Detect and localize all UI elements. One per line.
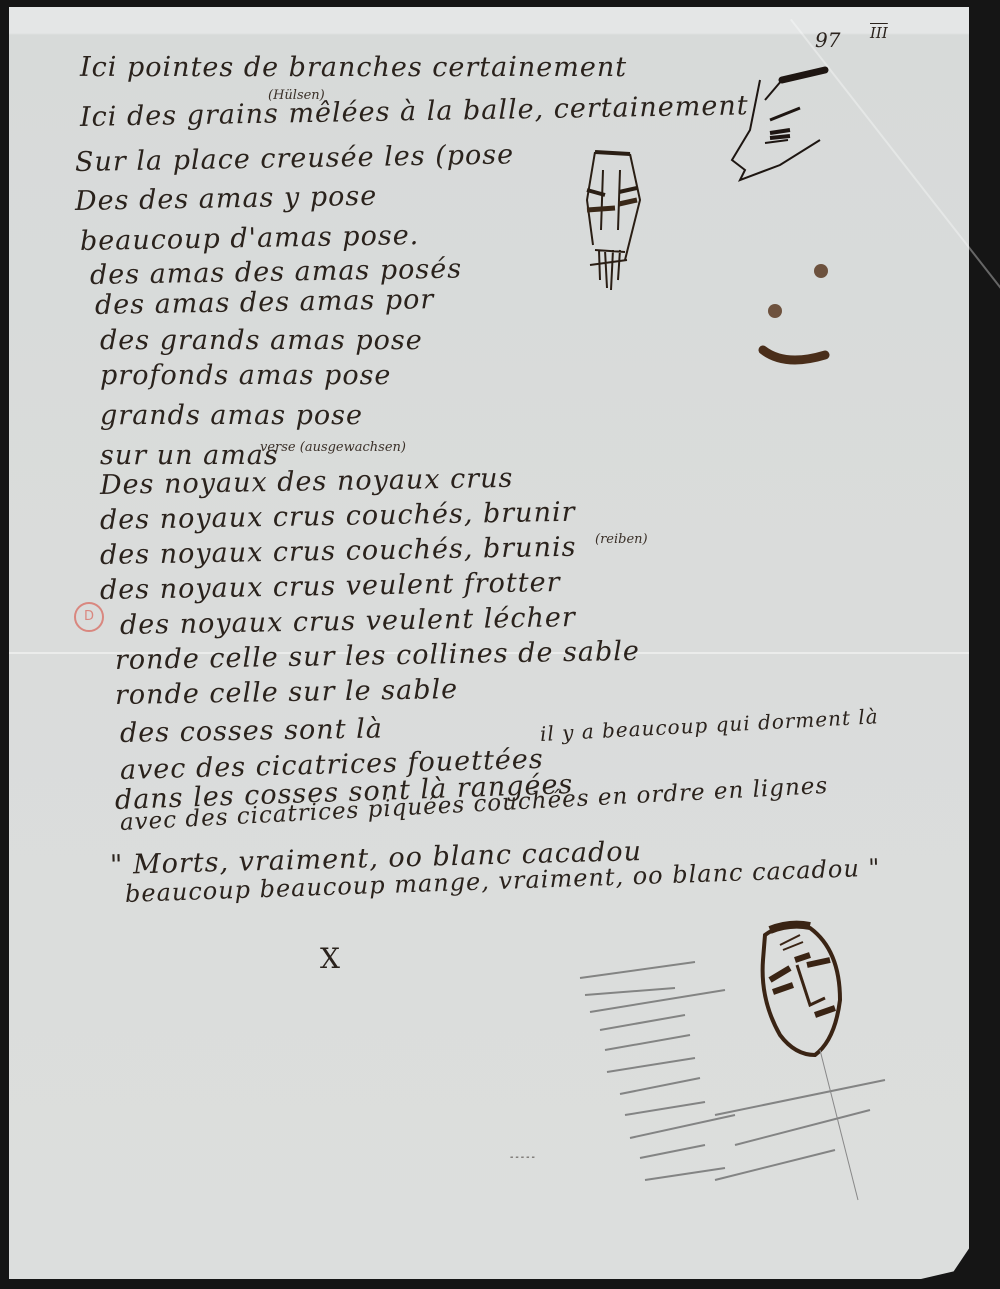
manuscript-line-10: grands amas pose bbox=[100, 400, 363, 431]
hatching-lines bbox=[575, 950, 895, 1210]
folio-number: 97 bbox=[815, 28, 840, 52]
manuscript-line-5: beaucoup d'amas pose. bbox=[80, 220, 420, 257]
insertion-reiben: (reiben) bbox=[595, 532, 648, 547]
bottom-mark: ----- bbox=[510, 1152, 537, 1163]
manuscript-line-7: des amas des amas por bbox=[95, 284, 435, 321]
manuscript-line-8: des grands amas pose bbox=[100, 325, 423, 356]
manuscript-line-1: Ici pointes de branches certainement bbox=[80, 52, 627, 83]
manuscript-line-4: Des des amas y pose bbox=[75, 181, 378, 217]
folio-roman: III bbox=[870, 24, 888, 42]
ink-blots bbox=[755, 255, 835, 375]
mask-face-sketch bbox=[585, 150, 665, 295]
manuscript-line-18: ronde celle sur le sable bbox=[115, 674, 459, 711]
manuscript-line-19: des cosses sont là bbox=[120, 713, 383, 749]
profile-face-sketch bbox=[720, 50, 840, 190]
manuscript-line-9: profonds amas pose bbox=[100, 360, 391, 391]
archive-stamp: D bbox=[74, 602, 104, 632]
end-mark: X bbox=[320, 942, 341, 975]
insertion-ausgewachsen: verse (ausgewachsen) bbox=[260, 440, 406, 455]
